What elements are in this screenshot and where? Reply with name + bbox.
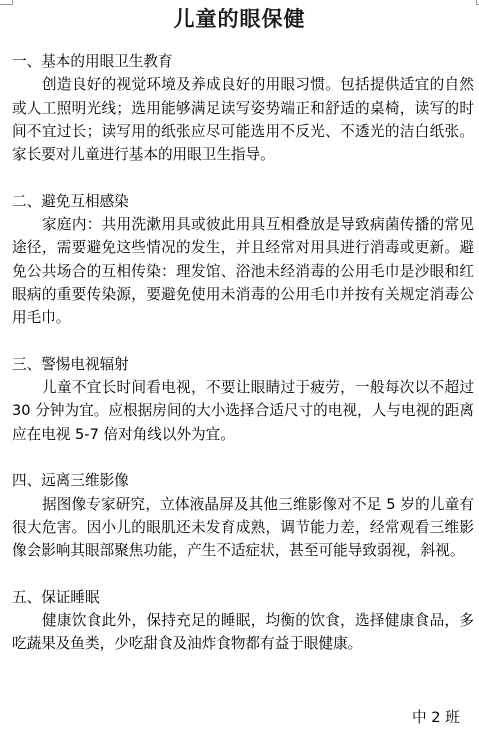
section-heading: 四、远离三维影像 bbox=[12, 469, 474, 492]
section-paragraph: 家庭内：共用洗漱用具或彼此用具互相叠放是导致病菌传播的常见途径，需要避免这些情况… bbox=[12, 213, 474, 329]
section-paragraph: 儿童不宜长时间看电视，不要让眼睛过于疲劳，一般每次以不超过 30 分钟为宜。应根… bbox=[12, 376, 474, 446]
section-heading: 三、警惕电视辐射 bbox=[12, 353, 474, 376]
section-avoid-infection: 二、避免互相感染 家庭内：共用洗漱用具或彼此用具互相叠放是导致病菌传播的常见途径… bbox=[12, 190, 474, 330]
section-heading: 五、保证睡眠 bbox=[12, 586, 474, 609]
document-body: 一、基本的用眼卫生教育 创造良好的视觉环境及养成良好的用眼习惯。包括提供适宜的自… bbox=[12, 50, 474, 679]
class-signature: 中 2 班 bbox=[412, 706, 460, 727]
section-sleep: 五、保证睡眠 健康饮食此外，保持充足的睡眠，均衡的饮食，选择健康食品，多吃蔬果及… bbox=[12, 586, 474, 656]
section-paragraph: 健康饮食此外，保持充足的睡眠，均衡的饮食，选择健康食品，多吃蔬果及鱼类，少吃甜食… bbox=[12, 609, 474, 656]
section-hygiene-education: 一、基本的用眼卫生教育 创造良好的视觉环境及养成良好的用眼习惯。包括提供适宜的自… bbox=[12, 50, 474, 166]
section-paragraph: 创造良好的视觉环境及养成良好的用眼习惯。包括提供适宜的自然或人工照明光线；选用能… bbox=[12, 73, 474, 166]
section-paragraph: 据图像专家研究，立体液晶屏及其他三维影像对不足 5 岁的儿童有很大危害。因小儿的… bbox=[12, 493, 474, 563]
section-heading: 一、基本的用眼卫生教育 bbox=[12, 50, 474, 73]
section-3d-images: 四、远离三维影像 据图像专家研究，立体液晶屏及其他三维影像对不足 5 岁的儿童有… bbox=[12, 469, 474, 562]
section-heading: 二、避免互相感染 bbox=[12, 190, 474, 213]
document-title: 儿童的眼保健 bbox=[0, 3, 479, 33]
section-tv-radiation: 三、警惕电视辐射 儿童不宜长时间看电视，不要让眼睛过于疲劳，一般每次以不超过 3… bbox=[12, 353, 474, 446]
